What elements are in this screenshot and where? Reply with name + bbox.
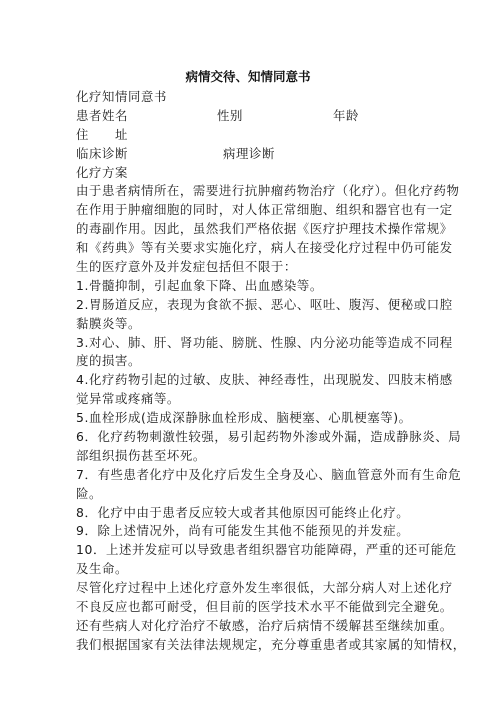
complication-item: 及生命。 bbox=[76, 560, 426, 579]
body-line: 尽管化疗过程中上述化疗意外发生率很低，大部分病人对上述化疗 bbox=[76, 579, 426, 598]
consent-body: 由于患者病情所在，需要进行抗肿瘤药物治疗（化疗）。但化疗药物 在作用于肿瘤细胞的… bbox=[76, 182, 426, 654]
complication-item: 3.对心、肺、肝、肾功能、膀胱、性腺、内分泌功能等造成不同程 bbox=[76, 334, 426, 353]
complication-item: 4.化疗药物引起的过敏、皮肤、神经毒性，出现脱发、四肢末梢感 bbox=[76, 371, 426, 390]
plan-label: 化疗方案 bbox=[76, 164, 426, 183]
body-line: 还有些病人对化疗治疗不敏感，治疗后病情不缓解甚至继续加重。 bbox=[76, 617, 426, 636]
document-page: 病情交待、知情同意书 化疗知情同意书 患者姓名 性别 年龄 住 址 临床诊断 病… bbox=[76, 66, 426, 655]
complication-item: 5.血栓形成(造成深静脉血栓形成、脑梗塞、心肌梗塞等)。 bbox=[76, 409, 426, 428]
patient-info-row: 患者姓名 性别 年龄 bbox=[76, 107, 426, 126]
complication-item: 部组织损伤甚至坏死。 bbox=[76, 447, 426, 466]
complication-item: 7．有些患者化疗中及化疗后发生全身及心、脑血管意外而有生命危 bbox=[76, 466, 426, 485]
gender-label: 性别 bbox=[217, 107, 243, 126]
complication-item: 1.骨髓抑制，引起血象下降、出血感染等。 bbox=[76, 277, 426, 296]
pathology-diagnosis-label: 病理诊断 bbox=[223, 145, 275, 164]
complication-item: 8．化疗中由于患者反应较大或者其他原因可能终止化疗。 bbox=[76, 504, 426, 523]
patient-name-label: 患者姓名 bbox=[76, 107, 128, 126]
body-line: 我们根据国家有关法律法规规定，充分尊重患者或其家属的知情权， bbox=[76, 636, 426, 655]
body-line: 不良反应也都可耐受，但目前的医学技术水平不能做到完全避免。 bbox=[76, 598, 426, 617]
diagnosis-row: 临床诊断 病理诊断 bbox=[76, 145, 426, 164]
body-line: 和《药典》等有关要求实施化疗，病人在接受化疗过程中仍可能发 bbox=[76, 239, 426, 258]
body-line: 在作用于肿瘤细胞的同时，对人体正常细胞、组织和器官也有一定 bbox=[76, 201, 426, 220]
address-label: 住 址 bbox=[76, 126, 426, 145]
complication-item: 10．上述并发症可以导致患者组织器官功能障碍，严重的还可能危 bbox=[76, 541, 426, 560]
complication-item: 黏膜炎等。 bbox=[76, 315, 426, 334]
form-subtitle: 化疗知情同意书 bbox=[76, 88, 426, 107]
complication-item: 2.胃肠道反应，表现为食欲不振、恶心、呕吐、腹泻、便秘或口腔 bbox=[76, 296, 426, 315]
complication-item: 险。 bbox=[76, 485, 426, 504]
clinical-diagnosis-label: 临床诊断 bbox=[76, 145, 128, 164]
body-line: 由于患者病情所在，需要进行抗肿瘤药物治疗（化疗）。但化疗药物 bbox=[76, 182, 426, 201]
document-title: 病情交待、知情同意书 bbox=[70, 66, 426, 88]
complication-item: 觉异常或疼痛等。 bbox=[76, 390, 426, 409]
complication-item: 9．除上述情况外，尚有可能发生其他不能预见的并发症。 bbox=[76, 522, 426, 541]
body-line: 的毒副作用。因此，虽然我们严格依据《医疗护理技术操作常规》 bbox=[76, 220, 426, 239]
complication-item: 度的损害。 bbox=[76, 352, 426, 371]
body-line: 生的医疗意外及并发症包括但不限于： bbox=[76, 258, 426, 277]
age-label: 年龄 bbox=[333, 107, 359, 126]
complication-item: 6．化疗药物刺激性较强，易引起药物外渗或外漏，造成静脉炎、局 bbox=[76, 428, 426, 447]
